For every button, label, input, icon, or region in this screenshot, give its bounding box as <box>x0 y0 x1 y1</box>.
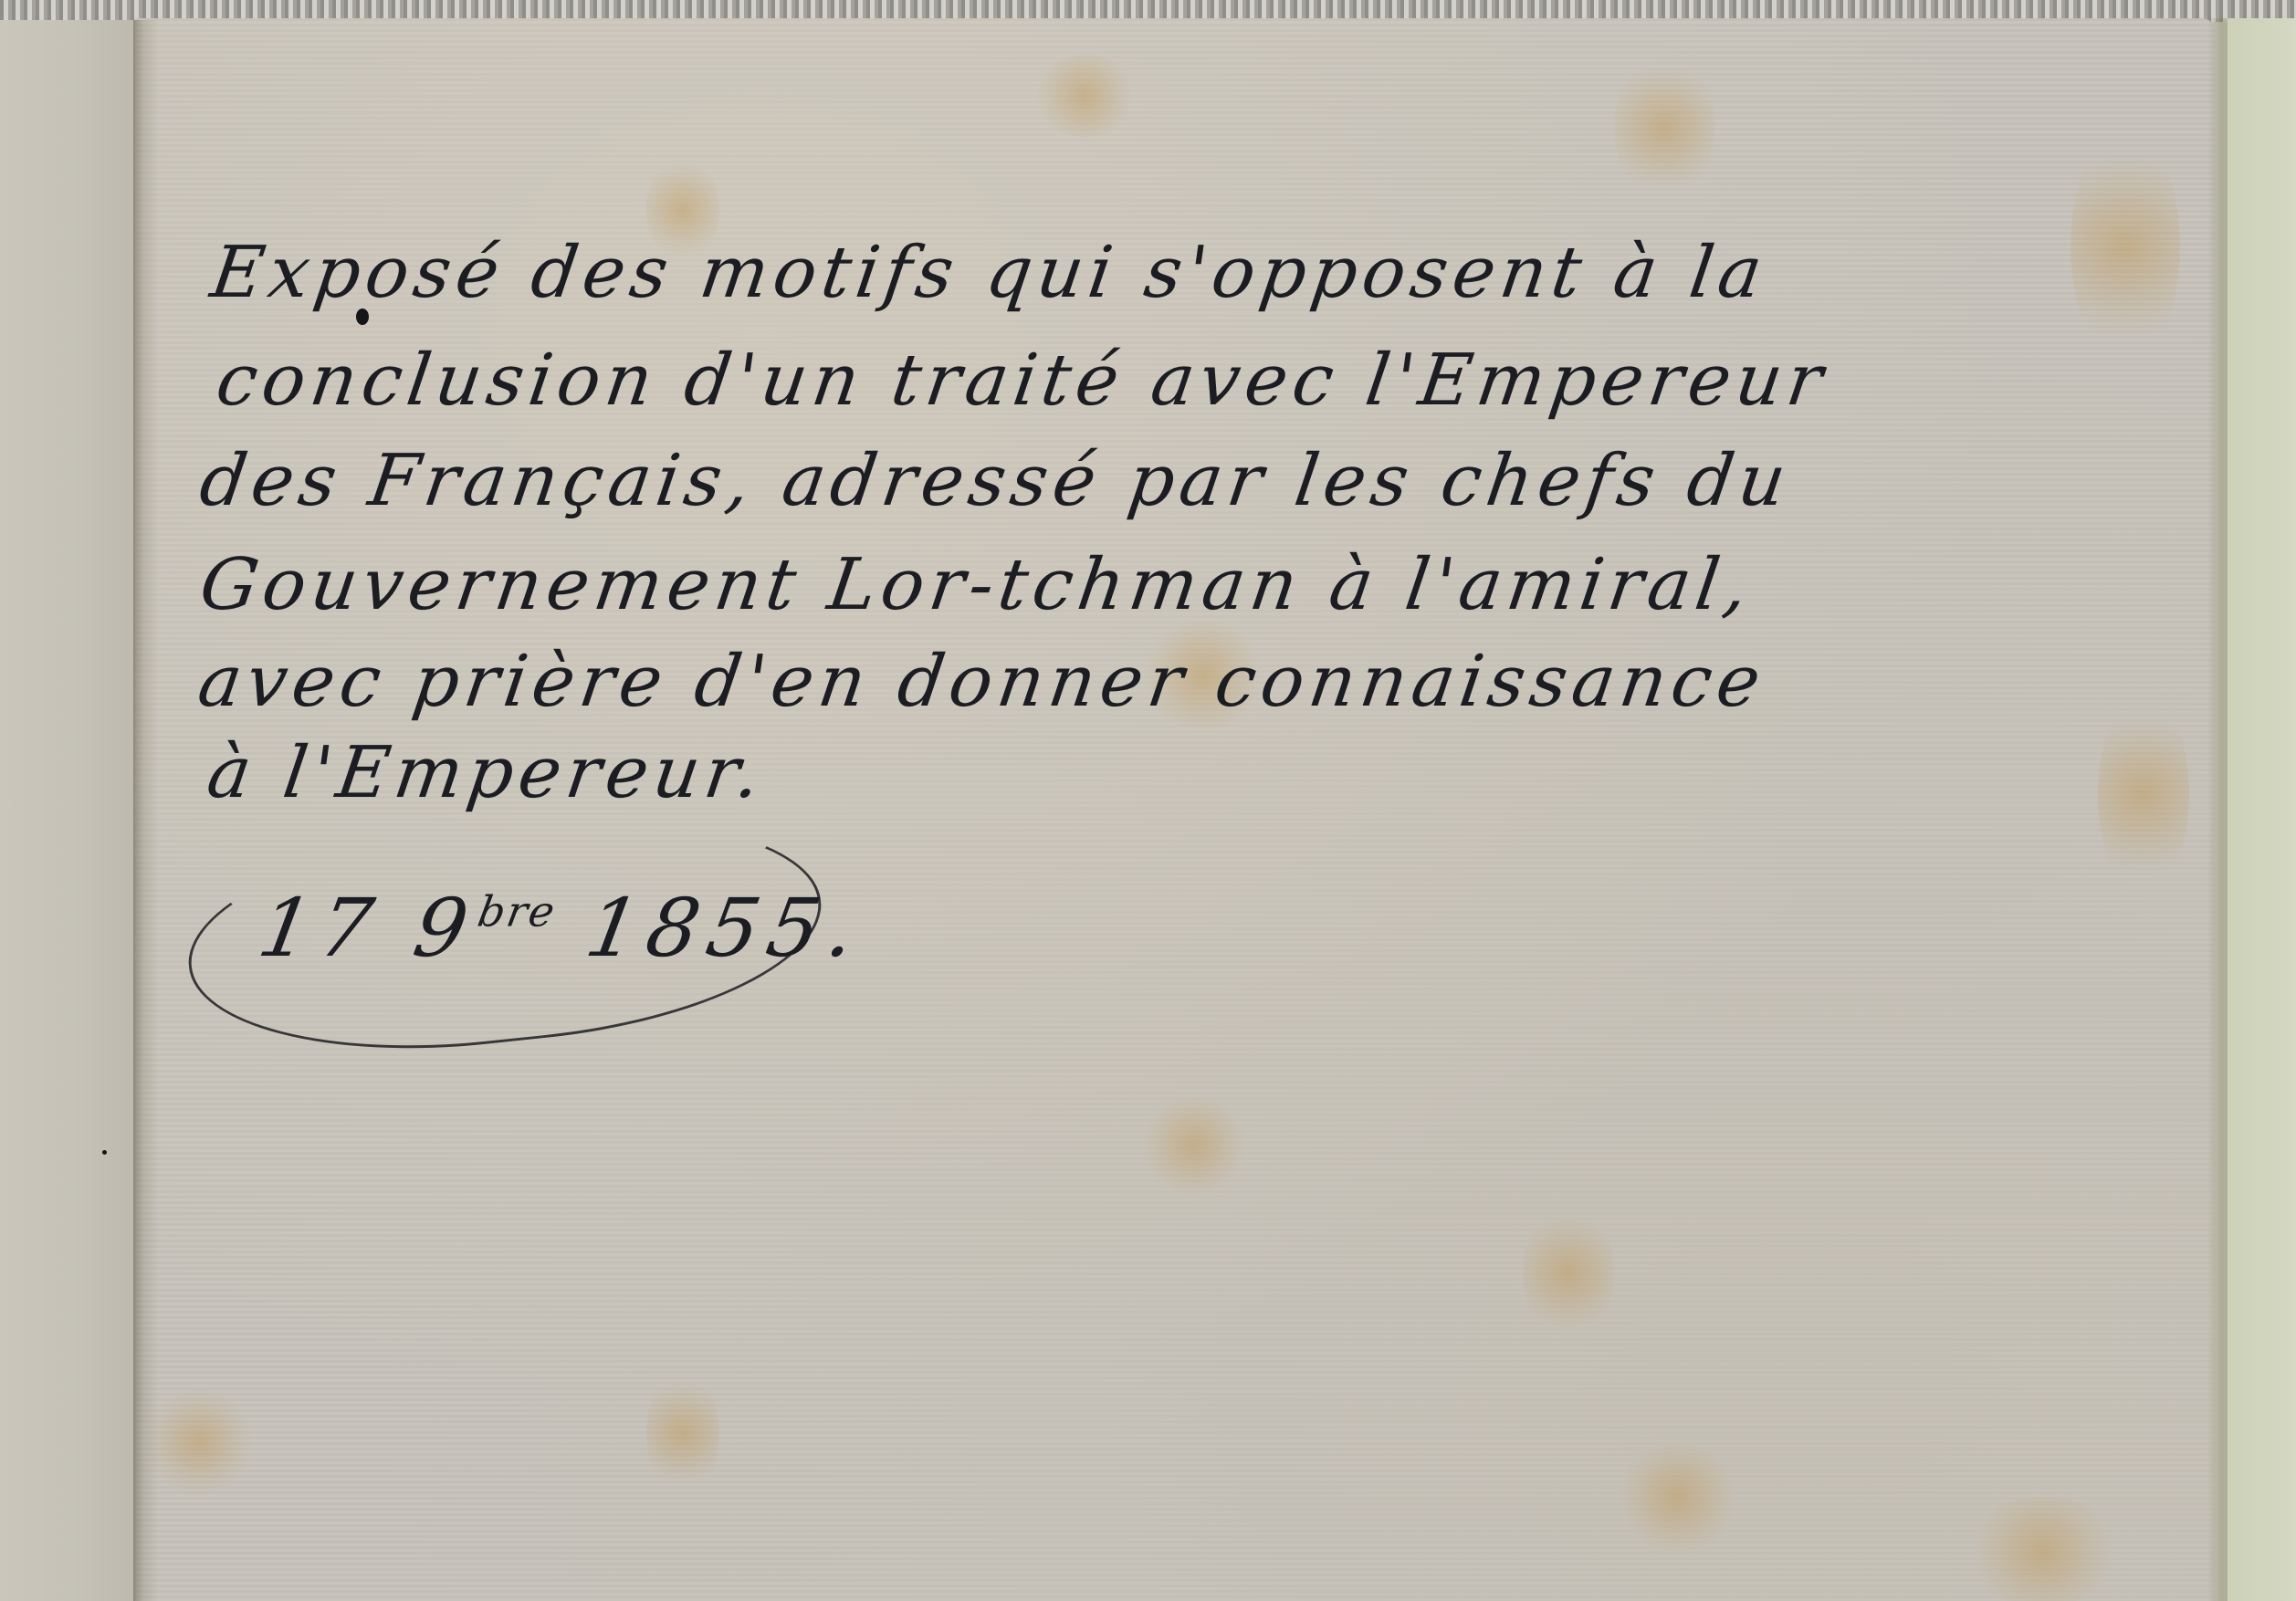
date-day: 17 <box>252 881 389 975</box>
foxing-stain <box>1139 1095 1249 1196</box>
date-month-superscript: bre <box>474 887 560 937</box>
manuscript-photo: Exposé des motifs qui s'opposent à la co… <box>0 0 2296 1601</box>
foxing-stain <box>1614 55 1714 201</box>
foxing-stain <box>144 1387 254 1497</box>
foxing-stain <box>1961 1497 2125 1601</box>
date-annotation: 17 9bre 1855. <box>187 826 844 1036</box>
date-text: 17 9bre 1855. <box>252 881 872 975</box>
foxing-stain <box>2071 128 2180 365</box>
foxing-stain <box>1030 55 1139 137</box>
right-adjacent-page <box>2228 18 2296 1601</box>
date-month: 9 <box>407 881 484 975</box>
text-line-3: des Français, adressé par les chefs du <box>196 445 1796 517</box>
text-line-5: avec prière d'en donner connaissance <box>194 646 1770 717</box>
text-line-6: à l'Empereur. <box>204 738 771 809</box>
foxing-stain <box>1614 1442 1742 1552</box>
foxing-stain <box>646 1369 719 1497</box>
ink-speck <box>102 1150 107 1155</box>
foxing-stain <box>1523 1205 1614 1342</box>
date-year: 1855. <box>580 881 872 975</box>
text-line-1: Exposé des motifs qui s'opposent à la <box>207 237 1772 309</box>
left-adjacent-page <box>0 20 137 1601</box>
text-line-2: conclusion d'un traité avec l'Empereur <box>213 345 1832 416</box>
foxing-stain <box>2098 694 2189 895</box>
left-fold-shadow <box>133 20 159 1601</box>
text-line-4: Gouvernement Lor-tchman à l'amiral, <box>196 549 1758 621</box>
